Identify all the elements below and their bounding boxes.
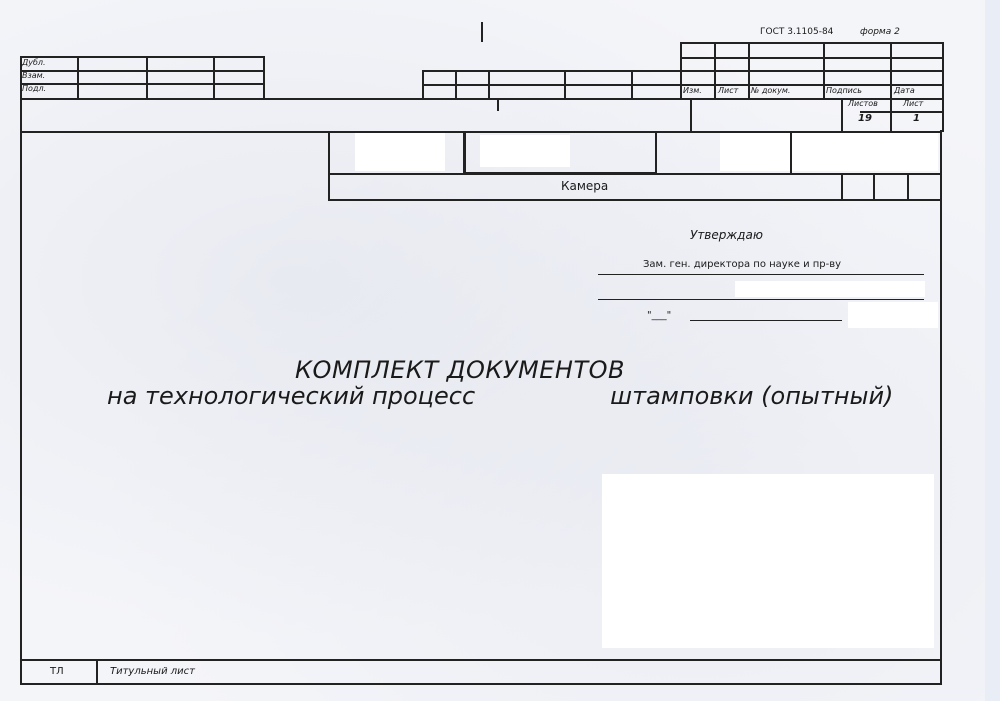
redacted-field (355, 133, 445, 171)
redacted-field (720, 133, 938, 171)
stamp-label-vzam: Взам. (22, 71, 45, 80)
approval-position: Зам. ген. директора по науке и пр-ву (643, 259, 841, 270)
name-line (598, 299, 924, 300)
col-signature: Подпись (826, 86, 862, 95)
subtitle-part1: на технологический процесс (107, 382, 475, 410)
product-name: Камера (561, 179, 608, 193)
col-list: Лист (718, 86, 738, 95)
col-izm: Изм. (683, 86, 702, 95)
col-doc-number: № докум. (751, 86, 790, 95)
document-sheet: ГОСТ 3.1105-84 форма 2 Дубл. Взам. Подл. (0, 0, 985, 701)
stamp-label-podl: Подл. (22, 84, 46, 93)
form-label: форма 2 (860, 27, 900, 37)
signature-line (598, 274, 924, 275)
sheet-number: 1 (913, 113, 920, 124)
sheets-total: 19 (858, 113, 872, 124)
subtitle-part2: штамповки (опытный) (610, 382, 893, 410)
footer-code: ТЛ (50, 666, 64, 677)
footer-name: Титульный лист (110, 666, 195, 677)
document-title: КОМПЛЕКТ ДОКУМЕНТОВ (0, 356, 930, 384)
redacted-area (602, 474, 934, 648)
sheet-label: Лист (903, 99, 923, 108)
stamp-label-dubl: Дубл. (22, 58, 46, 67)
date-prefix: "___" (647, 310, 671, 321)
gost-standard: ГОСТ 3.1105-84 (760, 27, 833, 37)
col-date: Дата (894, 86, 915, 95)
sheets-label: Листов (848, 99, 878, 108)
tick-mark (481, 22, 483, 42)
approval-heading: Утверждаю (690, 228, 763, 242)
redacted-field (480, 135, 570, 167)
document-subtitle: на технологический процессштамповки (опы… (107, 382, 893, 410)
date-line (690, 320, 842, 321)
